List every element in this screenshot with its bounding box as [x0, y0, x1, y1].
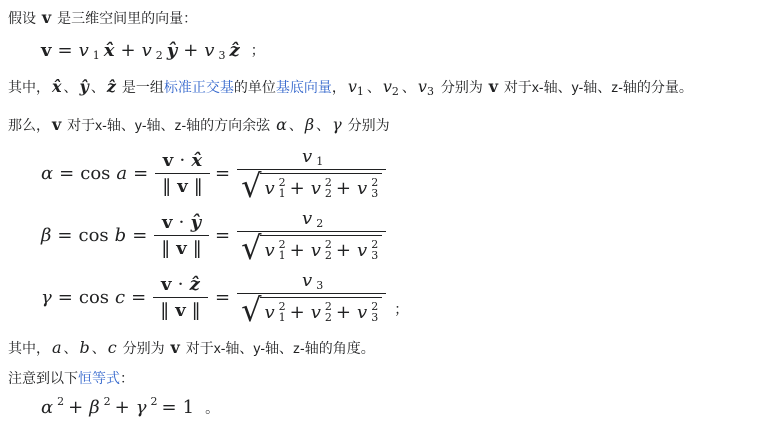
- equation-vector-definition: v = v1x̂ + v2ŷ + v3ẑ ；: [38, 38, 761, 62]
- equation-identity: α2 + β2 + γ2 = 1 。: [38, 397, 761, 418]
- angle-a: a: [116, 163, 127, 184]
- greek-gamma: γ: [332, 115, 342, 134]
- separator: 、: [289, 117, 303, 133]
- plus-sign: +: [290, 178, 305, 199]
- dot-operator: ⋅: [177, 274, 183, 295]
- separator: 、: [64, 79, 78, 95]
- greek-beta: β: [41, 225, 51, 246]
- separator: 、: [367, 79, 381, 95]
- plus-sign: +: [336, 178, 351, 199]
- cos-operator: cos: [79, 287, 109, 308]
- fraction-denominator: √ v21+v22+v23: [237, 169, 386, 200]
- angle-c: c: [108, 338, 117, 357]
- v-variable: v: [357, 178, 367, 199]
- vector-v-symbol: v: [176, 238, 186, 259]
- subscript: 2: [392, 85, 399, 98]
- subscript: 2: [316, 217, 323, 230]
- subscript: 1: [279, 312, 286, 323]
- component-v3: v3: [418, 77, 435, 96]
- superscript: 2: [57, 395, 64, 408]
- component-term: v2ŷ: [139, 40, 181, 61]
- fraction-denominator: ‖v‖: [155, 173, 209, 197]
- subscript: 1: [279, 250, 286, 261]
- plus-sign: +: [290, 302, 305, 323]
- subscript: 3: [371, 250, 378, 261]
- angle-b: b: [80, 338, 90, 357]
- v-variable: v: [348, 77, 357, 96]
- text-run: ，: [332, 79, 346, 95]
- vector-v-symbol: v: [171, 338, 180, 357]
- equals-sign: =: [132, 225, 147, 246]
- greek-beta: β: [305, 115, 314, 134]
- radical-sign: √: [241, 296, 261, 324]
- semicolon: ；: [394, 299, 408, 319]
- equation-lhs: β = cos b = v⋅ŷ ‖v‖: [38, 212, 212, 259]
- subscript: 2: [325, 312, 332, 323]
- vector-v-symbol: v: [489, 77, 498, 96]
- basis-vector-z: ẑ: [190, 274, 200, 295]
- v-variable: v: [302, 208, 312, 229]
- component-term: v1x̂: [76, 40, 118, 61]
- period: 。: [205, 398, 219, 418]
- norm-bar: ‖: [193, 238, 202, 259]
- radicand: v21+v22+v23: [260, 297, 382, 323]
- norm-bar: ‖: [161, 238, 170, 259]
- norm-bar: ‖: [194, 176, 203, 197]
- basis-vector-x: x̂: [191, 150, 202, 171]
- plus-sign: +: [183, 40, 198, 61]
- subscript: 3: [371, 188, 378, 199]
- semicolon: ；: [251, 40, 265, 60]
- v-variable: v: [204, 40, 214, 61]
- v-variable: v: [264, 302, 274, 323]
- basis-vector-z: ẑ: [107, 77, 116, 96]
- equals-sign: =: [57, 225, 72, 246]
- fraction-denominator: √ v21+v22+v23: [237, 293, 386, 324]
- equals-sign: =: [58, 287, 73, 308]
- v-variable: v: [383, 77, 392, 96]
- separator: 、: [316, 117, 330, 133]
- equals-sign: =: [215, 163, 230, 184]
- v-variable: v: [79, 40, 89, 61]
- greek-gamma: γ: [136, 397, 147, 418]
- norm-bar: ‖: [162, 176, 171, 197]
- subscript: 2: [325, 250, 332, 261]
- v-variable: v: [311, 178, 321, 199]
- square-root: √ v21+v22+v23: [241, 172, 382, 200]
- text-run: 对于x-轴、y-轴、z-轴的角度。: [182, 340, 375, 356]
- beta-squared: β2: [86, 397, 111, 418]
- basis-vector-y: ŷ: [191, 212, 201, 233]
- equals-sign: =: [133, 163, 148, 184]
- v-variable: v: [302, 146, 312, 167]
- separator: 、: [402, 79, 416, 95]
- gamma-squared: γ2: [133, 397, 159, 418]
- square-root: √ v21+v22+v23: [241, 234, 382, 262]
- v-variable: v: [264, 178, 274, 199]
- component-v1: v1: [348, 77, 365, 96]
- basis-vector-z: ẑ: [229, 40, 239, 61]
- text-run: 其中，: [8, 340, 50, 356]
- cos-operator: cos: [79, 225, 109, 246]
- fraction-denominator: √ v21+v22+v23: [237, 231, 386, 262]
- norm-bar: ‖: [160, 300, 169, 321]
- square-root: √ v21+v22+v23: [241, 296, 382, 324]
- vector-v-symbol: v: [175, 300, 185, 321]
- text-run: 那么，: [8, 117, 50, 133]
- text-run: 是一组: [118, 79, 164, 95]
- equals-sign: =: [131, 287, 146, 308]
- greek-gamma: γ: [41, 287, 52, 308]
- equation-beta: β = cos b = v⋅ŷ ‖v‖ = v2 √ v21+v22+v23: [38, 205, 761, 265]
- subscript: 3: [316, 279, 323, 292]
- vector-v-symbol: v: [161, 274, 171, 295]
- superscript: 2: [104, 395, 111, 408]
- dot-operator: ⋅: [178, 212, 184, 233]
- radicand: v21+v22+v23: [260, 173, 382, 199]
- radical-sign: √: [241, 234, 261, 262]
- component-v2: v2: [383, 77, 400, 96]
- greek-alpha: α: [41, 397, 53, 418]
- fraction-component: v1 √ v21+v22+v23: [237, 146, 386, 200]
- fraction-numerator: v⋅ŷ: [155, 212, 208, 235]
- text-run: ：: [120, 370, 134, 386]
- v-variable: v: [311, 302, 321, 323]
- vector-v-symbol: v: [162, 212, 172, 233]
- vector-v-symbol: v: [42, 8, 51, 27]
- alpha-squared: α2: [38, 397, 65, 418]
- greek-alpha: α: [41, 163, 53, 184]
- fraction-denominator: ‖v‖: [154, 235, 208, 259]
- equals-sign: =: [162, 397, 177, 418]
- subscript: 1: [279, 188, 286, 199]
- fraction-dot-product: v⋅ẑ ‖v‖: [153, 274, 207, 321]
- subscript: 3: [218, 49, 225, 62]
- v-variable: v: [264, 240, 274, 261]
- subscript: 1: [316, 155, 323, 168]
- plus-sign: +: [336, 240, 351, 261]
- plus-sign: +: [290, 240, 305, 261]
- v-variable: v: [311, 240, 321, 261]
- subscript: 3: [371, 312, 378, 323]
- fraction-component: v2 √ v21+v22+v23: [237, 208, 386, 262]
- angle-c: c: [115, 287, 125, 308]
- plus-sign: +: [120, 40, 135, 61]
- plus-sign: +: [115, 397, 130, 418]
- text-run: 分别为: [437, 79, 487, 95]
- greek-alpha: α: [276, 115, 287, 134]
- fraction-component: v3 √ v21+v22+v23: [237, 270, 386, 324]
- text-run: 假设: [8, 10, 40, 26]
- paragraph-angles-explanation: 其中，a、b、c 分别为 v 对于x-轴、y-轴、z-轴的角度。: [8, 337, 761, 359]
- fraction-numerator: v⋅x̂: [156, 150, 209, 173]
- link-identity[interactable]: 恒等式: [78, 370, 120, 386]
- v-variable: v: [142, 40, 152, 61]
- equals-sign: =: [215, 287, 230, 308]
- paragraph-identity-note: 注意到以下恒等式：: [8, 368, 761, 388]
- equation-alpha: α = cos a = v⋅x̂ ‖v‖ = v1 √ v21+v22+v23: [38, 143, 761, 203]
- subscript: 3: [427, 85, 434, 98]
- text-run: 对于x-轴、y-轴、z-轴的方向余弦: [63, 117, 274, 133]
- fraction-dot-product: v⋅x̂ ‖v‖: [155, 150, 209, 197]
- equals-sign: =: [215, 225, 230, 246]
- link-basis-vector[interactable]: 基底向量: [276, 79, 332, 95]
- plus-sign: +: [336, 302, 351, 323]
- fraction-numerator: v⋅ẑ: [154, 274, 207, 297]
- equation-gamma: γ = cos c = v⋅ẑ ‖v‖ = v3 √ v21+v22+v23: [38, 267, 761, 327]
- v-variable: v: [418, 77, 427, 96]
- plus-sign: +: [68, 397, 83, 418]
- equation-lhs: γ = cos c = v⋅ẑ ‖v‖: [38, 274, 212, 321]
- fraction-denominator: ‖v‖: [153, 297, 207, 321]
- number-one: 1: [183, 397, 194, 418]
- norm-bar: ‖: [192, 300, 201, 321]
- subscript: 2: [325, 188, 332, 199]
- separator: 、: [91, 79, 105, 95]
- dot-operator: ⋅: [179, 150, 185, 171]
- fraction-numerator: v3: [295, 270, 328, 293]
- subscript: 2: [156, 49, 163, 62]
- fraction-numerator: v1: [295, 146, 328, 169]
- article-content: 假设 v 是三维空间里的向量： v = v1x̂ + v2ŷ + v3ẑ ； 其…: [0, 0, 769, 424]
- component-term: v3ẑ: [201, 40, 242, 61]
- text-run: 其中，: [8, 79, 50, 95]
- radicand: v21+v22+v23: [260, 235, 382, 261]
- angle-b: b: [115, 225, 127, 246]
- v-variable: v: [357, 302, 367, 323]
- vector-v-symbol: v: [163, 150, 173, 171]
- link-orthonormal-basis[interactable]: 标准正交基: [164, 79, 234, 95]
- basis-vector-x: x̂: [104, 40, 115, 61]
- text-run: 对于x-轴、y-轴、z-轴的分量。: [500, 79, 693, 95]
- separator: 、: [92, 340, 106, 356]
- subscript: 1: [357, 85, 364, 98]
- greek-beta: β: [89, 397, 99, 418]
- paragraph-basis-explanation: 其中，x̂、ŷ、ẑ 是一组标准正交基的单位基底向量，v1、v2、v3 分别为 v…: [8, 75, 761, 104]
- cos-operator: cos: [80, 163, 110, 184]
- text-run: 是三维空间里的向量：: [53, 10, 197, 26]
- paragraph-direction-cosines: 那么，v 对于x-轴、y-轴、z-轴的方向余弦 α、β、γ 分别为: [8, 115, 761, 135]
- angle-a: a: [52, 338, 62, 357]
- vector-v-symbol: v: [177, 176, 187, 197]
- radical-sign: √: [241, 172, 261, 200]
- v-variable: v: [302, 270, 312, 291]
- subscript: 1: [93, 49, 100, 62]
- equation-lhs: α = cos a = v⋅x̂ ‖v‖: [38, 150, 212, 197]
- text-run: 分别为: [119, 340, 169, 356]
- superscript: 2: [151, 395, 158, 408]
- fraction-dot-product: v⋅ŷ ‖v‖: [154, 212, 208, 259]
- paragraph-intro: 假设 v 是三维空间里的向量：: [8, 8, 761, 28]
- fraction-numerator: v2: [295, 208, 328, 231]
- separator: 、: [64, 340, 78, 356]
- equals-sign: =: [57, 40, 72, 61]
- basis-vector-y: ŷ: [80, 77, 89, 96]
- v-variable: v: [357, 240, 367, 261]
- basis-vector-y: ŷ: [167, 40, 177, 61]
- text-run: 的单位: [234, 79, 276, 95]
- equation-block-direction-cosines: α = cos a = v⋅x̂ ‖v‖ = v1 √ v21+v22+v23: [8, 143, 761, 327]
- text-run: 分别为: [344, 117, 390, 133]
- equals-sign: =: [59, 163, 74, 184]
- text-run: 注意到以下: [8, 370, 78, 386]
- vector-v-symbol: v: [52, 115, 61, 134]
- basis-vector-x: x̂: [52, 77, 62, 96]
- vector-v-symbol: v: [41, 40, 51, 61]
